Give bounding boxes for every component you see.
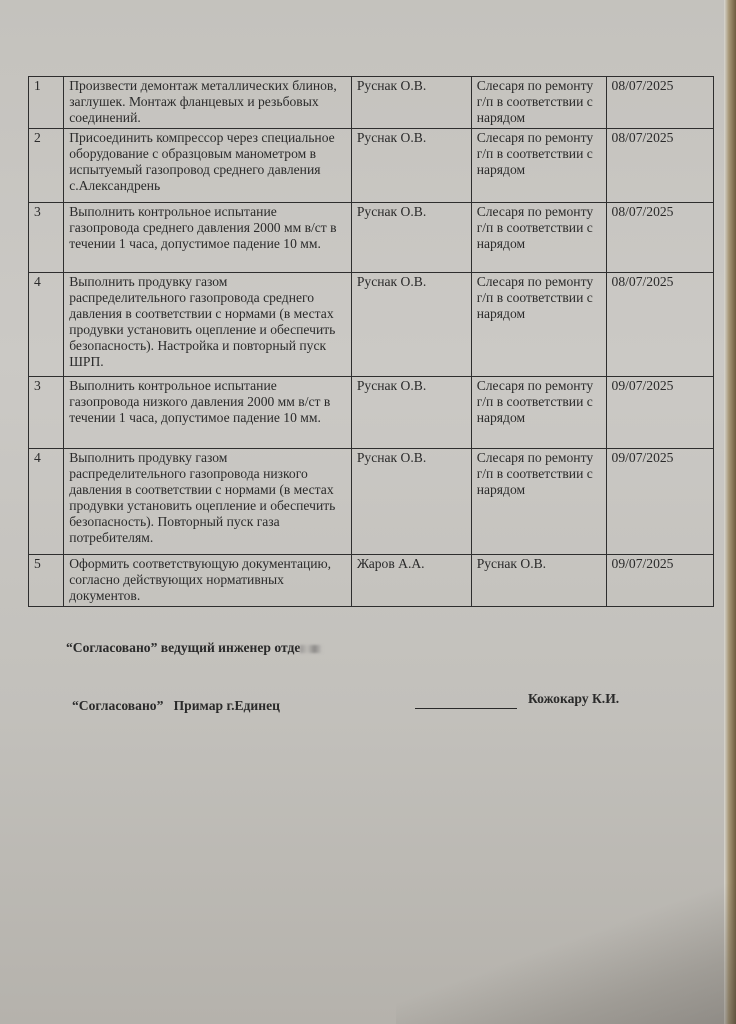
date: 08/07/2025: [606, 273, 713, 377]
responsible-person: Руснак О.В.: [351, 129, 471, 203]
executor: Слесаря по ремонту г/п в соответствии с …: [471, 203, 606, 273]
responsible-person: Руснак О.В.: [351, 273, 471, 377]
date: 08/07/2025: [606, 77, 713, 129]
responsible-person: Руснак О.В.: [351, 203, 471, 273]
task-description: Присоединить компрессор через специально…: [64, 129, 352, 203]
table-row: 4Выполнить продувку газом распределитель…: [29, 449, 714, 555]
task-description: Оформить соответствующую документацию, с…: [64, 555, 352, 607]
row-number: 3: [29, 377, 64, 449]
table-row: 1Произвести демонтаж металлических блино…: [29, 77, 714, 129]
date: 09/07/2025: [606, 555, 713, 607]
executor: Руснак О.В.: [471, 555, 606, 607]
executor: Слесаря по ремонту г/п в соответствии с …: [471, 77, 606, 129]
task-description: Выполнить контрольное испытание газопров…: [64, 203, 352, 273]
date: 08/07/2025: [606, 203, 713, 273]
task-description: Произвести демонтаж металлических блинов…: [64, 77, 352, 129]
table-row: 3Выполнить контрольное испытание газопро…: [29, 203, 714, 273]
table-row: 4Выполнить продувку газом распределитель…: [29, 273, 714, 377]
table-row: 5Оформить соответствующую документацию, …: [29, 555, 714, 607]
work-schedule-table: 1Произвести демонтаж металлических блино…: [28, 76, 714, 607]
date: 08/07/2025: [606, 129, 713, 203]
row-number: 2: [29, 129, 64, 203]
row-number: 5: [29, 555, 64, 607]
page-shadow: [396, 884, 736, 1024]
paper-edge: [724, 0, 736, 1024]
table-row: 3Выполнить контрольное испытание газопро…: [29, 377, 714, 449]
approval-mayor-name: Кожокару К.И.: [528, 691, 619, 707]
executor: Слесаря по ремонту г/п в соответствии с …: [471, 377, 606, 449]
row-number: 3: [29, 203, 64, 273]
responsible-person: Руснак О.В.: [351, 449, 471, 555]
responsible-person: Руснак О.В.: [351, 77, 471, 129]
date: 09/07/2025: [606, 449, 713, 555]
responsible-person: Жаров А.А.: [351, 555, 471, 607]
task-description: Выполнить контрольное испытание газопров…: [64, 377, 352, 449]
task-description: Выполнить продувку газом распределительн…: [64, 449, 352, 555]
approval-mayor-label: “Согласовано” Примар г.Единец: [72, 698, 280, 714]
row-number: 4: [29, 273, 64, 377]
executor: Слесаря по ремонту г/п в соответствии с …: [471, 273, 606, 377]
redacted-text: [300, 645, 322, 653]
approval-engineer-text: “Согласовано” ведущий инженер отде: [66, 640, 300, 655]
executor: Слесаря по ремонту г/п в соответствии с …: [471, 129, 606, 203]
signature-line: [415, 708, 517, 709]
row-number: 4: [29, 449, 64, 555]
executor: Слесаря по ремонту г/п в соответствии с …: [471, 449, 606, 555]
task-description: Выполнить продувку газом распределительн…: [64, 273, 352, 377]
row-number: 1: [29, 77, 64, 129]
date: 09/07/2025: [606, 377, 713, 449]
responsible-person: Руснак О.В.: [351, 377, 471, 449]
approval-engineer: “Согласовано” ведущий инженер отде: [66, 640, 322, 656]
table-row: 2Присоединить компрессор через специальн…: [29, 129, 714, 203]
